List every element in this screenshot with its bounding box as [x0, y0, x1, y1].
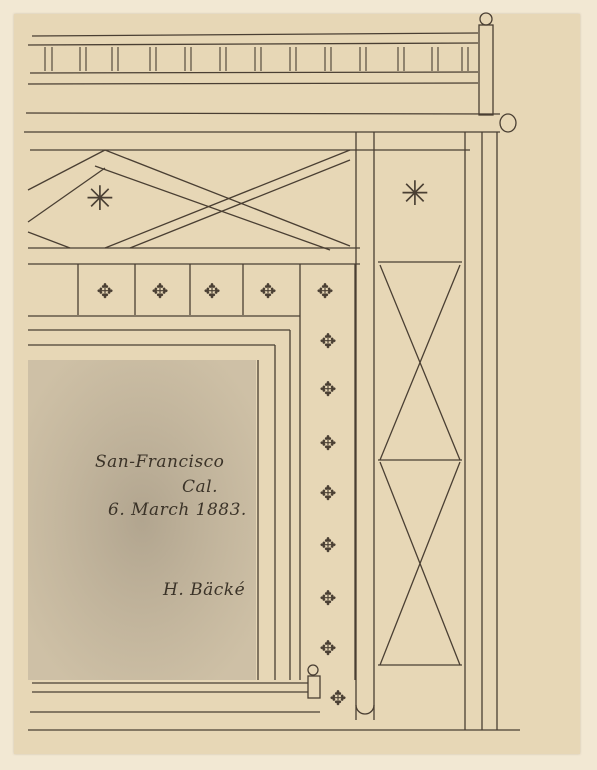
svg-text:✥: ✥ [320, 431, 337, 455]
svg-text:✥: ✥ [317, 279, 334, 303]
svg-text:✳: ✳ [401, 174, 430, 214]
svg-text:✥: ✥ [204, 279, 221, 303]
svg-text:✥: ✥ [320, 636, 337, 660]
artist-signature: H. Bäcké [163, 580, 245, 600]
svg-text:✥: ✥ [320, 377, 337, 401]
svg-text:✥: ✥ [320, 329, 337, 353]
inscription-city: San-Francisco [95, 452, 224, 472]
svg-text:✥: ✥ [320, 481, 337, 505]
svg-text:✥: ✥ [330, 686, 347, 710]
svg-text:✥: ✥ [152, 279, 169, 303]
inscription-date: 6. March 1883. [108, 500, 247, 520]
grey-wash-panel [28, 360, 256, 680]
bamboo-architecture-drawing: ✥✥✥ ✥✥ ✥✥✥ ✥✥✥ ✥✥ ✳ ✳ [0, 0, 597, 770]
svg-text:✥: ✥ [97, 279, 114, 303]
svg-text:✥: ✥ [260, 279, 277, 303]
svg-text:✥: ✥ [320, 586, 337, 610]
svg-text:✥: ✥ [320, 533, 337, 557]
inscription-state: Cal. [182, 477, 218, 497]
svg-text:✳: ✳ [86, 179, 115, 219]
